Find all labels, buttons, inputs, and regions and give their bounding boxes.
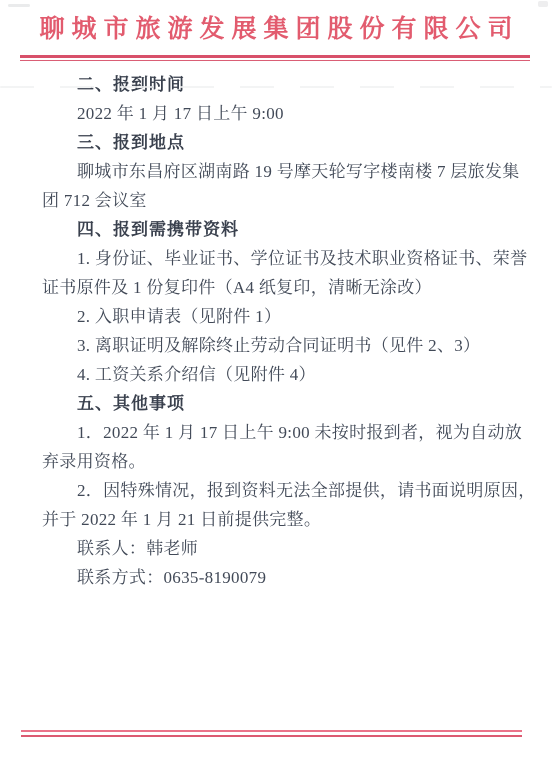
footer-rule-thick-bar	[21, 735, 522, 738]
section-2-heading: 二、报到时间	[42, 70, 510, 99]
section-3-heading: 三、报到地点	[42, 128, 510, 157]
materials-item-3: 3. 离职证明及解除终止劳动合同证明书（见件 2、3）	[42, 331, 510, 360]
report-location-line-2: 团 712 会议室	[42, 186, 510, 215]
contact-person-line: 联系人：韩老师	[42, 534, 510, 563]
contact-phone-line: 联系方式：0635-8190079	[42, 563, 510, 592]
notes-item-1-line-1: 1．2022 年 1 月 17 日上午 9:00 未按时报到者，视为自动放	[42, 418, 510, 447]
letterhead: 聊城市旅游发展集团股份有限公司	[0, 0, 552, 61]
document-body: 二、报到时间 2022 年 1 月 17 日上午 9:00 三、报到地点 聊城市…	[42, 70, 510, 592]
notes-item-1-line-2: 弃录用资格。	[42, 447, 510, 476]
materials-item-1-line-1: 1. 身份证、毕业证书、学位证书及技术职业资格证书、荣誉	[42, 244, 510, 273]
notes-item-2-line-1: 2．因特殊情况，报到资料无法全部提供，请书面说明原因，	[42, 476, 510, 505]
section-5-heading: 五、其他事项	[42, 389, 510, 418]
document-page: 聊城市旅游发展集团股份有限公司 二、报到时间 2022 年 1 月 17 日上午…	[0, 0, 552, 775]
notes-item-2-line-2: 并于 2022 年 1 月 21 日前提供完整。	[42, 505, 510, 534]
scan-artifact	[8, 4, 30, 7]
letterhead-rule	[20, 55, 530, 61]
letterhead-company-name: 聊城市旅游发展集团股份有限公司	[0, 0, 552, 44]
materials-item-2: 2. 入职申请表（见附件 1）	[42, 302, 510, 331]
scan-artifact	[538, 1, 548, 7]
materials-item-4: 4. 工资关系介绍信（见附件 4）	[42, 360, 510, 389]
letterhead-rule-thin-bar	[20, 60, 530, 61]
scan-artifact	[0, 86, 552, 88]
footer-rule	[21, 730, 522, 737]
report-time-text: 2022 年 1 月 17 日上午 9:00	[42, 99, 510, 128]
section-4-heading: 四、报到需携带资料	[42, 215, 510, 244]
report-location-line-1: 聊城市东昌府区湖南路 19 号摩天轮写字楼南楼 7 层旅发集	[42, 157, 510, 186]
materials-item-1-line-2: 证书原件及 1 份复印件（A4 纸复印，清晰无涂改）	[42, 273, 510, 302]
